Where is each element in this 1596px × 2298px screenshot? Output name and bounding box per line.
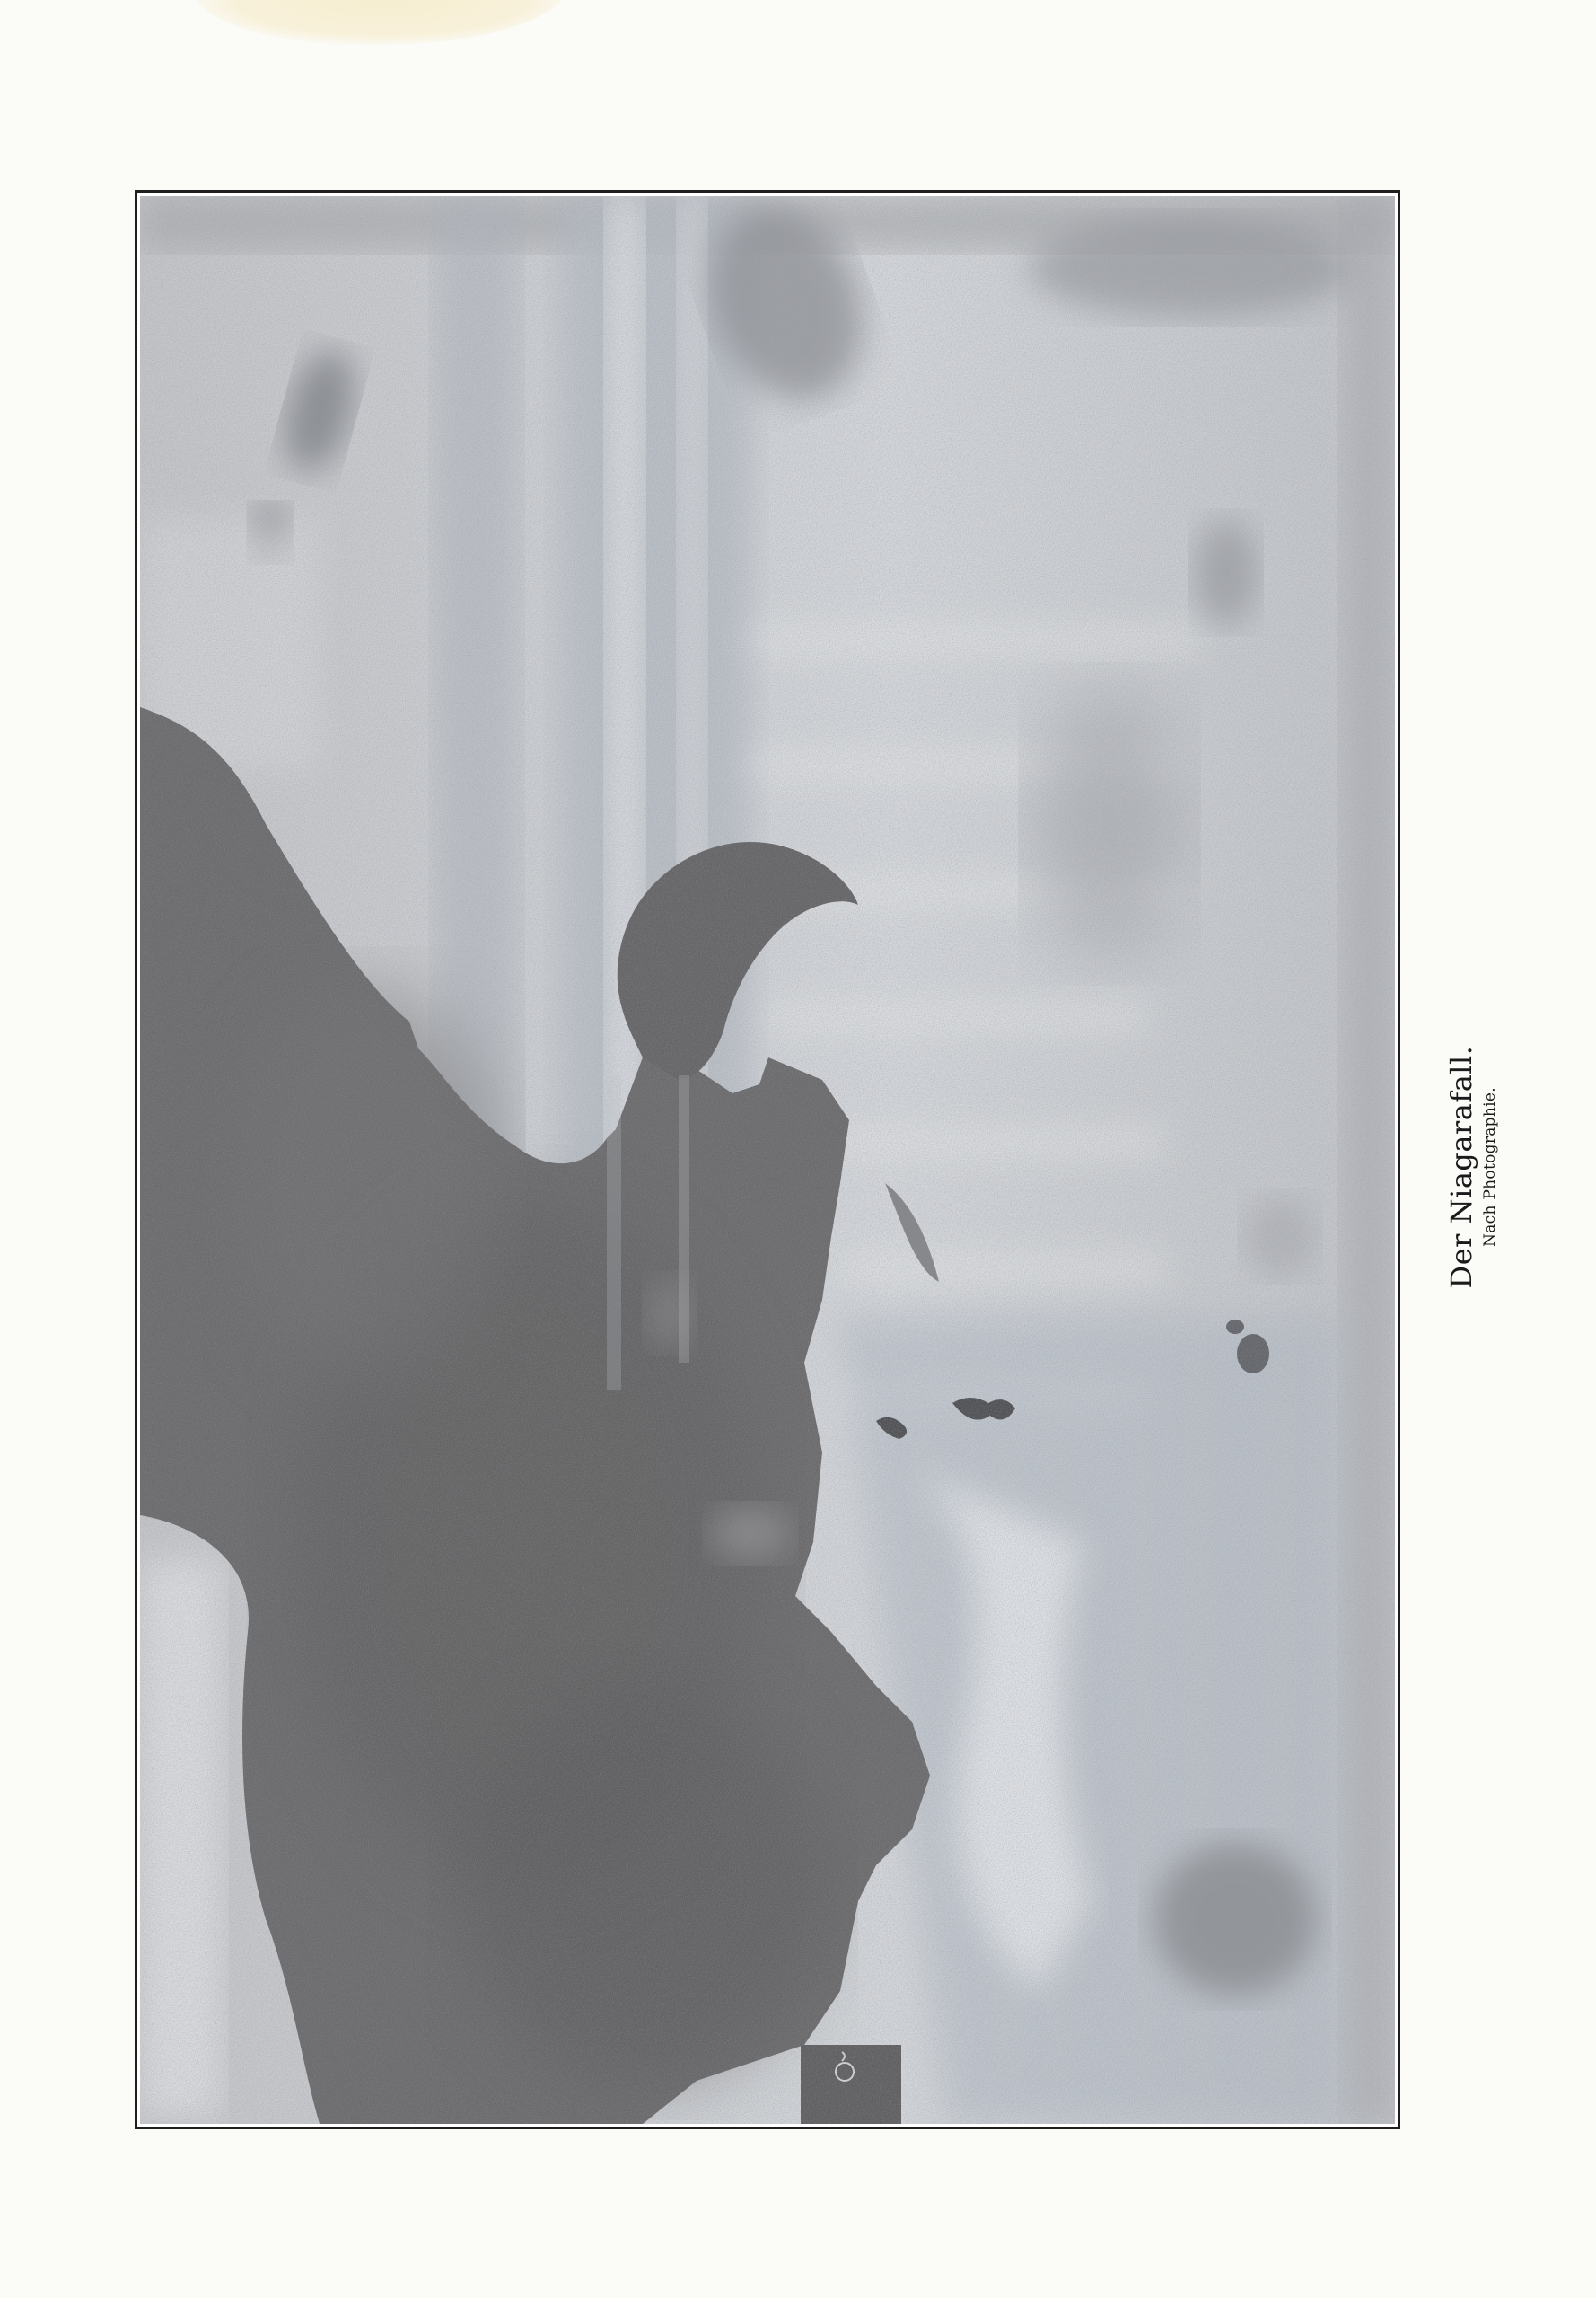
- niagara-falls-photograph: [140, 196, 1395, 2124]
- photo-plate-frame: [135, 190, 1400, 2129]
- plate-caption: Der Niagarafall. Nach Photographie.: [1436, 987, 1508, 1346]
- caption-subtitle: Nach Photographie.: [1479, 1046, 1501, 1289]
- caption-text-rotated: Der Niagarafall. Nach Photographie.: [1443, 1046, 1501, 1289]
- caption-title: Der Niagarafall.: [1443, 1046, 1479, 1289]
- photograph-illustration: [140, 196, 1395, 2124]
- paper-stain: [193, 0, 570, 45]
